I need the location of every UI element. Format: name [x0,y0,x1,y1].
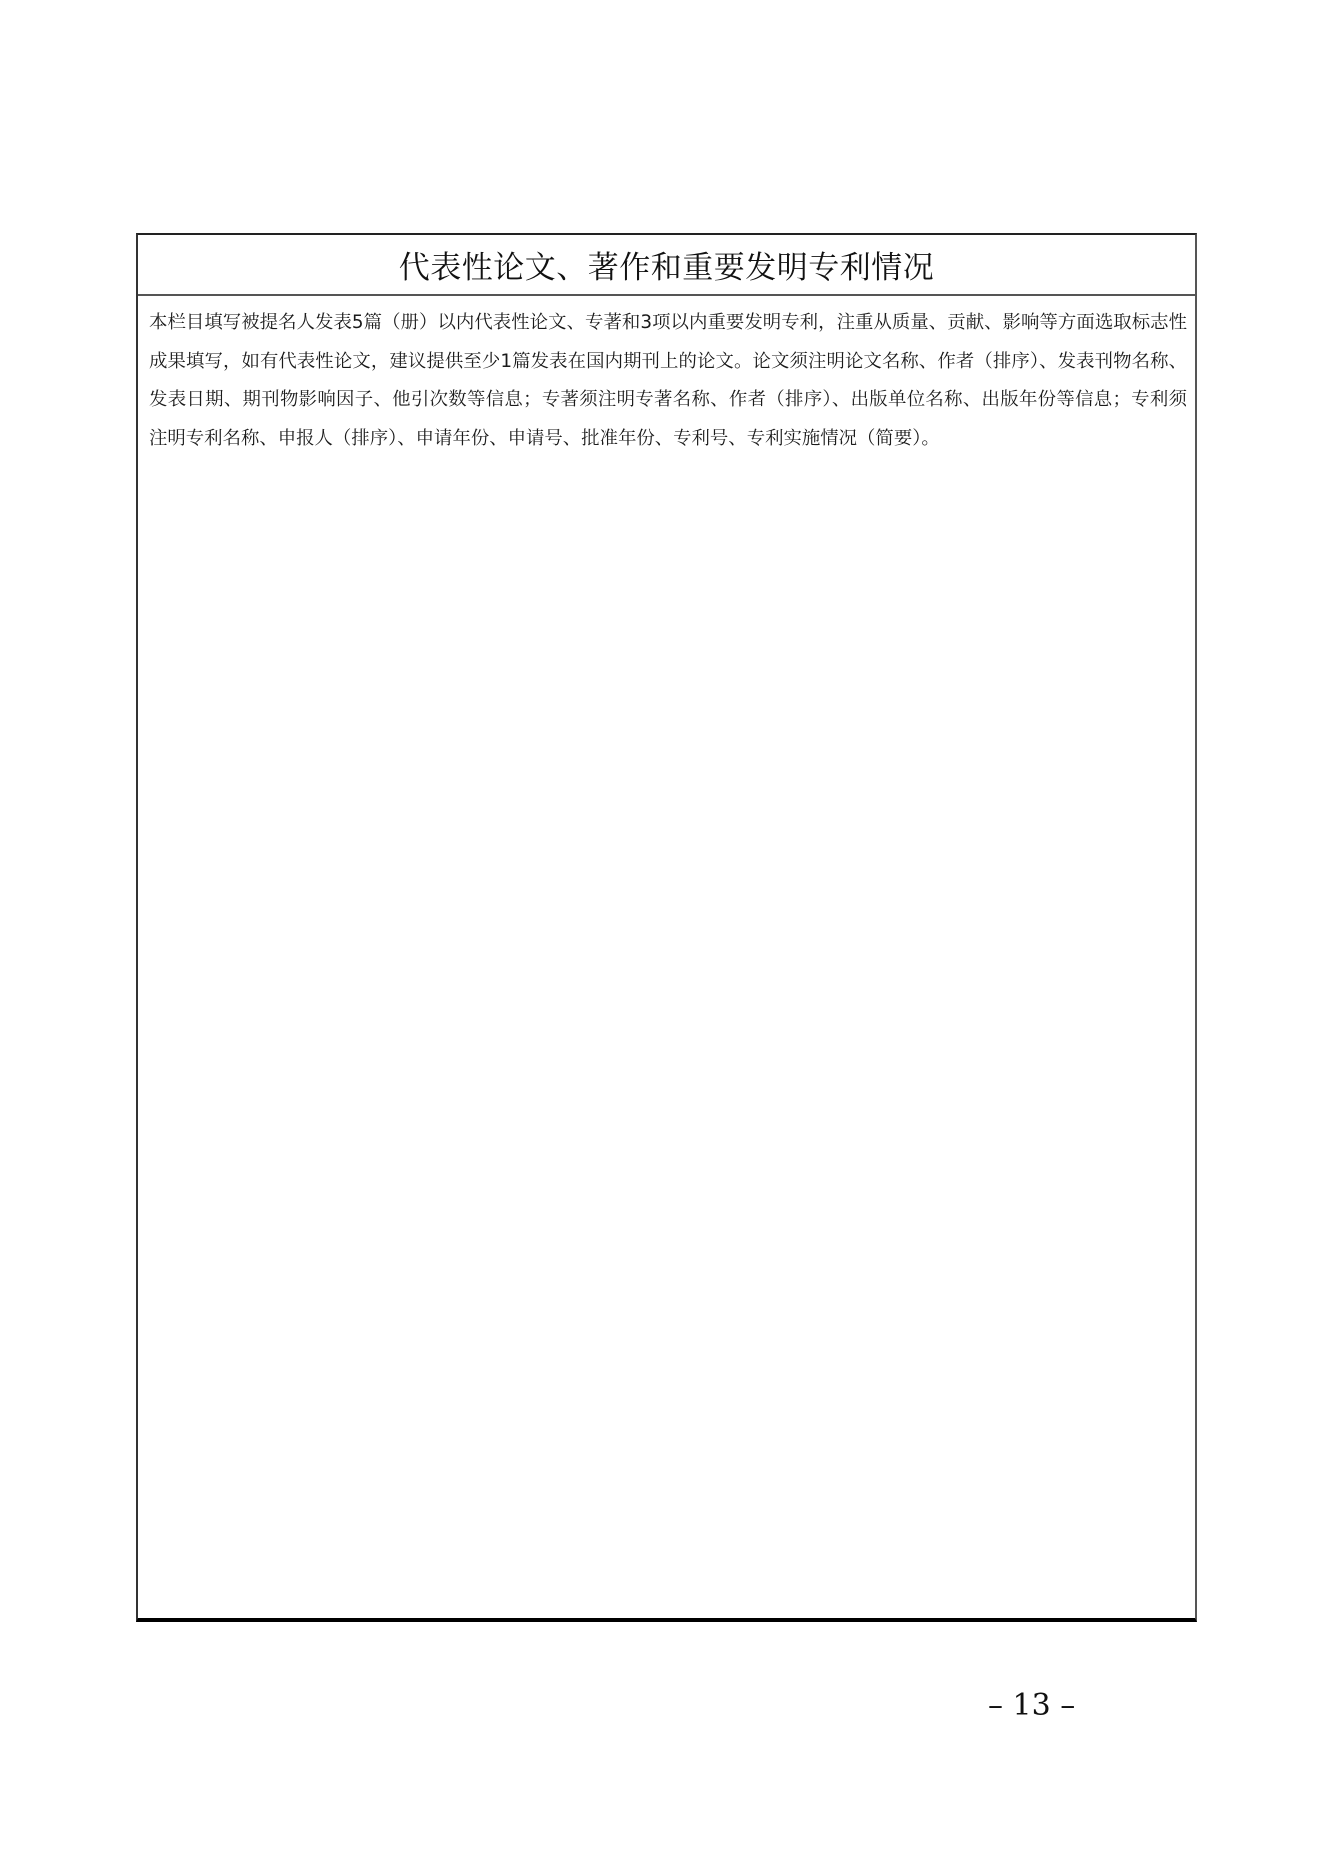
representative-works-table: 代表性论文、著作和重要发明专利情况 本栏目填写被提名人发表5篇（册）以内代表性论… [136,233,1197,1622]
instructions-text: 本栏目填写被提名人发表5篇（册）以内代表性论文、专著和3项以内重要发明专利，注重… [138,296,1195,459]
section-title: 代表性论文、著作和重要发明专利情况 [399,242,935,287]
title-row: 代表性论文、著作和重要发明专利情况 [138,235,1195,296]
page-number: – 13 – [988,1688,1075,1723]
